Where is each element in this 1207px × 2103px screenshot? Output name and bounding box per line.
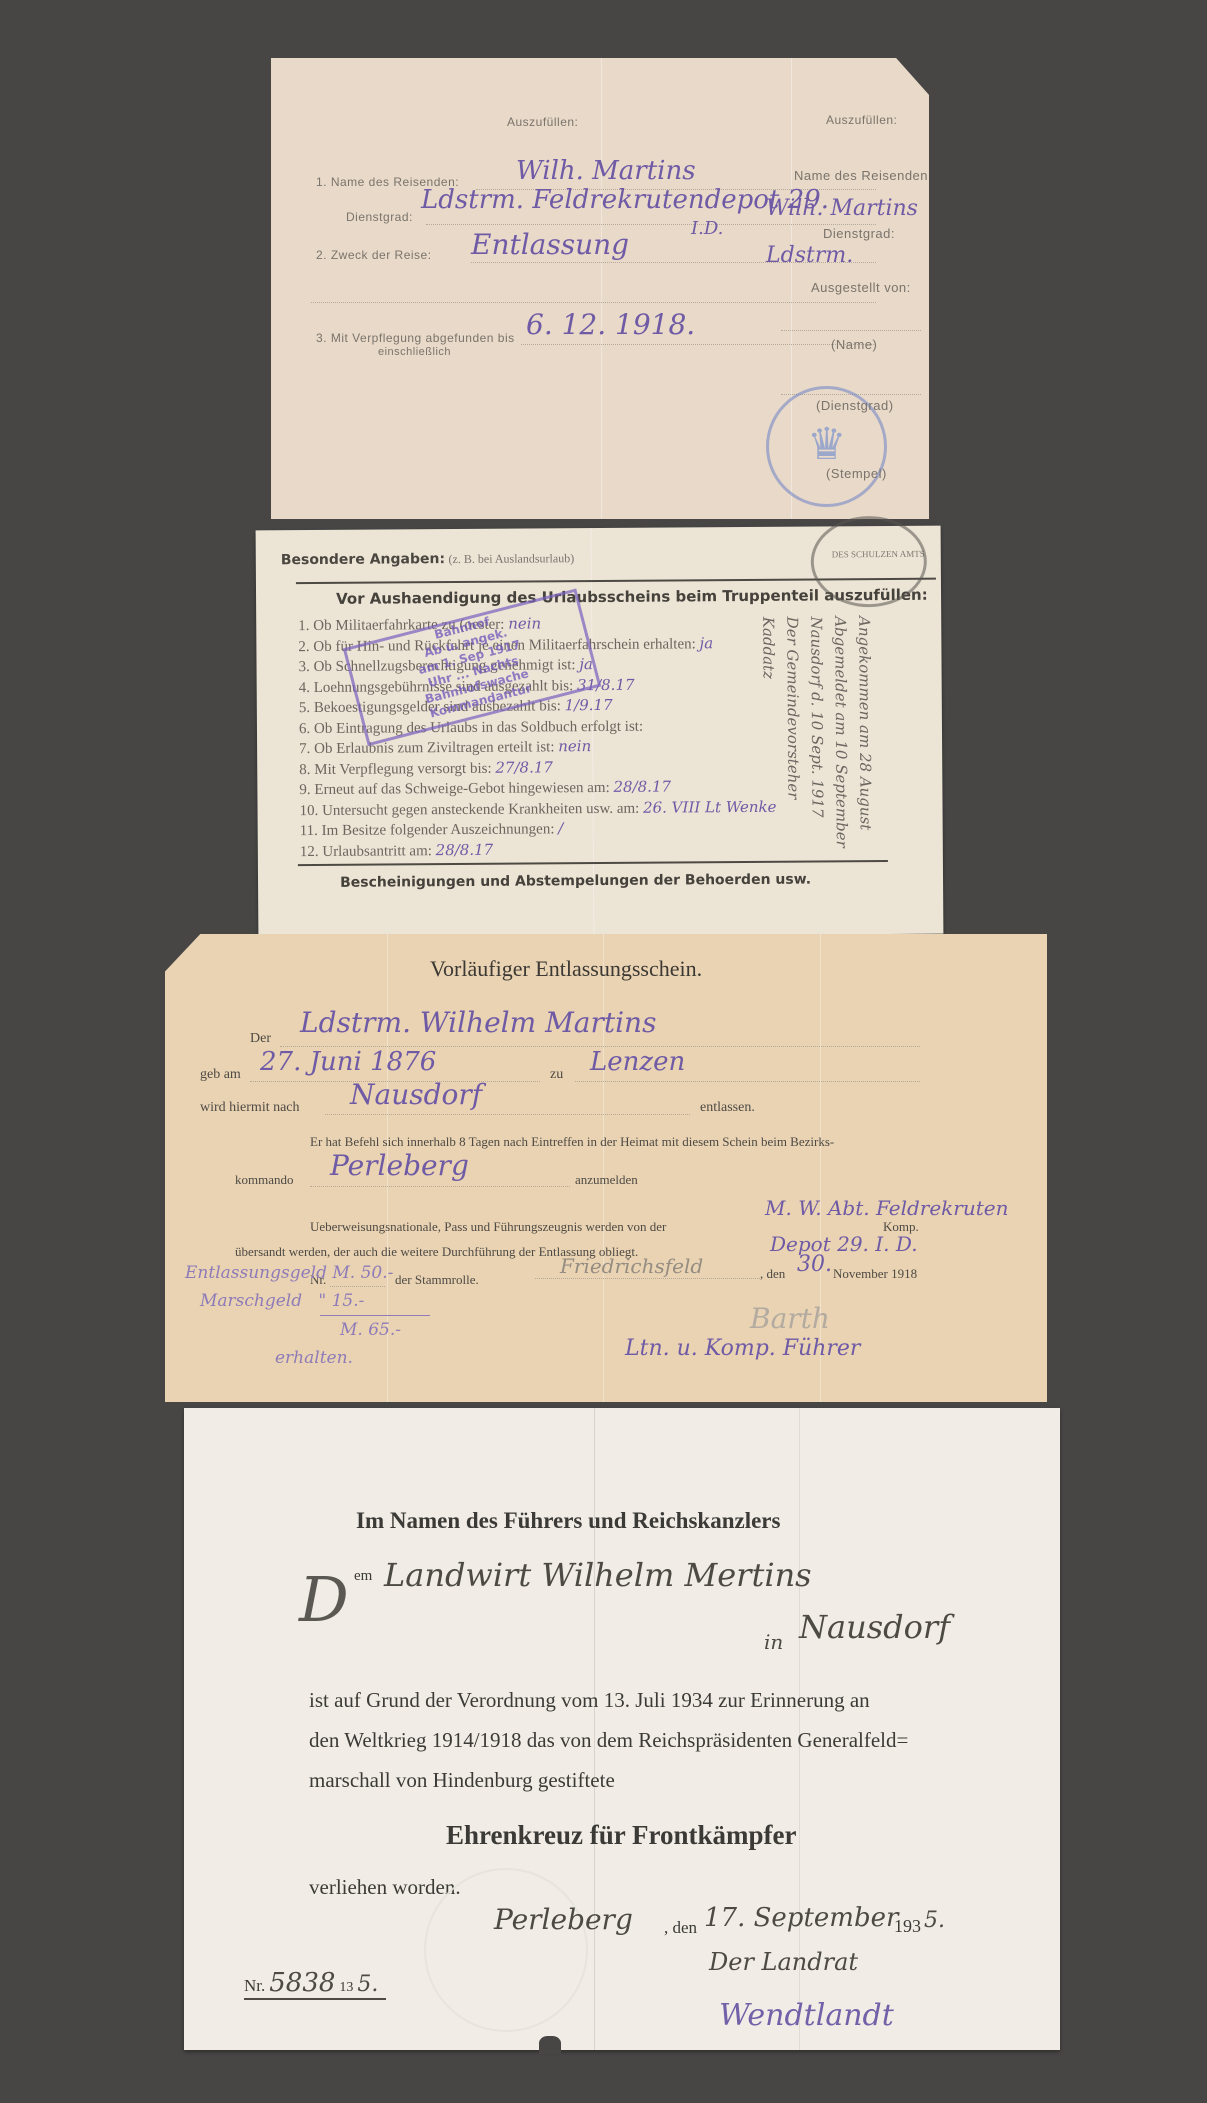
honor-cross-certificate-document: Im Namen des Führers und Reichskanzlers … — [184, 1408, 1060, 2050]
day-value: 30. — [797, 1252, 832, 1277]
torn-notch — [539, 2036, 561, 2054]
dotted-line — [311, 302, 876, 303]
nr-value: 5838 — [269, 1968, 335, 1998]
certificate-number: Nr. 5838 13 5. — [244, 1968, 386, 2000]
issue-city: Perleberg — [494, 1903, 633, 1936]
payment-line: Marschgeld " 15.- — [185, 1287, 430, 1315]
traveler-name-value: Wilh. Martins — [516, 156, 696, 186]
travel-pass-document: Auszufüllen: 1. Name des Reisenden: Wilh… — [271, 58, 929, 519]
left-header: Auszufüllen: — [507, 115, 578, 129]
conferred-text: verliehen worden. — [309, 1875, 461, 1900]
purpose-value: Entlassung — [471, 228, 629, 261]
command-label: kommando — [235, 1172, 294, 1188]
section-footer: Bescheinigungen und Abstempelungen der B… — [340, 872, 811, 891]
payment-note: Entlassungsgeld M. 50.- Marschgeld " 15.… — [185, 1259, 430, 1372]
right-header: Auszufüllen: — [826, 113, 897, 127]
order-text: Er hat Befehl sich innerhalb 8 Tagen nac… — [310, 1134, 834, 1150]
award-name: Ehrenkreuz für Frontkämpfer — [446, 1820, 797, 1851]
name-caption: (Name) — [831, 337, 877, 352]
ornate-initial: D — [299, 1563, 349, 1636]
right-name-value: Wilh. Martins — [766, 196, 918, 221]
commander-signature: Barth — [750, 1302, 830, 1335]
rank-value-2: I.D. — [691, 218, 723, 239]
month-year: November 1918 — [833, 1266, 917, 1282]
body-line-1: ist auf Grund der Verordnung vom 13. Jul… — [309, 1688, 870, 1713]
issuer-title: Der Landrat — [709, 1948, 858, 1976]
payment-received: erhalten. — [185, 1344, 430, 1372]
discharge-destination: Nausdorf — [350, 1078, 482, 1111]
birth-place: Lenzen — [590, 1047, 685, 1077]
right-name-label: Name des Reisenden: — [794, 168, 932, 183]
to-label: wird hiermit nach — [200, 1100, 300, 1116]
special-info-label: Besondere Angaben: — [281, 551, 445, 568]
dotted-line — [325, 1114, 690, 1115]
issue-date: 17. September — [704, 1903, 898, 1933]
depot-value: Depot 29. I. D. — [770, 1232, 918, 1256]
certificate-header: Im Namen des Führers und Reichskanzlers — [356, 1508, 780, 1534]
register-label: anzumelden — [575, 1172, 638, 1188]
body-line-3: marschall von Hindenburg gestiftete — [309, 1768, 615, 1793]
place-value: Friedrichsfeld — [560, 1254, 703, 1278]
checklist-row: 12. Urlaubsantritt am: 28/8.17 — [300, 838, 777, 862]
soldier-name: Ldstrm. Wilhelm Martins — [300, 1006, 656, 1039]
dotted-line — [426, 224, 876, 225]
right-rank-label: Dienstgrad: — [823, 226, 895, 241]
birth-date: 27. Juni 1876 — [260, 1047, 436, 1077]
nr-label: Nr. — [244, 1976, 265, 1995]
date-label: , den — [664, 1918, 697, 1938]
company-value: M. W. Abt. Feldrekruten — [765, 1196, 1009, 1220]
zu-label: zu — [550, 1067, 563, 1083]
payment-line: Entlassungsgeld M. 50.- — [185, 1259, 430, 1287]
fold-line — [601, 58, 602, 519]
transfer-text-1: Ueberweisungsnationale, Pass und Führung… — [310, 1219, 666, 1235]
der-label: Der — [250, 1031, 271, 1047]
special-info-line: Besondere Angaben: (z. B. bei Auslandsur… — [281, 550, 575, 569]
dotted-line — [781, 330, 921, 331]
recipient-place: Nausdorf — [799, 1608, 950, 1646]
rank-label: Dienstgrad: — [346, 210, 413, 224]
special-info-hint: (z. B. bei Auslandsurlaub) — [448, 551, 574, 566]
discharged-label: entlassen. — [700, 1100, 755, 1116]
mayor-office-stamp: DES SCHULZEN AMTS — [811, 516, 928, 608]
dotted-line — [310, 1186, 570, 1187]
dem-rest: em — [354, 1568, 372, 1585]
year-prefix: 193 — [894, 1916, 921, 1937]
nr-year-prefix: 13 — [339, 1980, 353, 1995]
rank-caption: (Dienstgrad) — [816, 398, 894, 413]
provisions-value: 6. 12. 1918. — [526, 308, 695, 341]
commander-title: Ltn. u. Komp. Führer — [625, 1336, 860, 1361]
provisions-label: 3. Mit Verpflegung abgefunden bis — [316, 331, 515, 345]
discharge-certificate-document: Vorläufiger Entlassungsschein. Der Ldstr… — [165, 934, 1047, 1402]
issuer-signature: Wendtlandt — [719, 1998, 894, 2033]
issued-by-label: Ausgestellt von: — [811, 280, 911, 295]
recipient-name: Landwirt Wilhelm Mertins — [384, 1556, 812, 1594]
dotted-line — [521, 344, 876, 345]
year-suffix: 5. — [924, 1908, 945, 1933]
certificate-title: Vorläufiger Entlassungsschein. — [430, 956, 702, 982]
fold-line — [603, 934, 604, 1402]
purpose-label: 2. Zweck der Reise: — [316, 248, 432, 262]
embossed-seal — [424, 1868, 588, 2032]
registration-note: Angekommen am 28 August Abgemeldet am 10… — [756, 616, 878, 917]
body-line-2: den Weltkrieg 1914/1918 das von dem Reic… — [309, 1728, 908, 1753]
stamp-caption: (Stempel) — [826, 466, 887, 481]
right-rank-value: Ldstrm. — [766, 243, 853, 268]
nr-year-suffix: 5. — [357, 1972, 378, 1997]
born-label: geb am — [200, 1067, 241, 1083]
in-label: in — [764, 1630, 783, 1654]
dotted-line — [575, 1081, 920, 1082]
date-label: , den — [760, 1266, 785, 1282]
eagle-icon: ♛ — [807, 419, 846, 470]
payment-total: M. 65.- — [320, 1315, 430, 1344]
provisions-sublabel: einschließlich — [378, 346, 451, 358]
leave-pass-document: Besondere Angaben: (z. B. bei Auslandsur… — [256, 526, 944, 939]
command-value: Perleberg — [330, 1149, 469, 1182]
dotted-line — [535, 1278, 760, 1279]
